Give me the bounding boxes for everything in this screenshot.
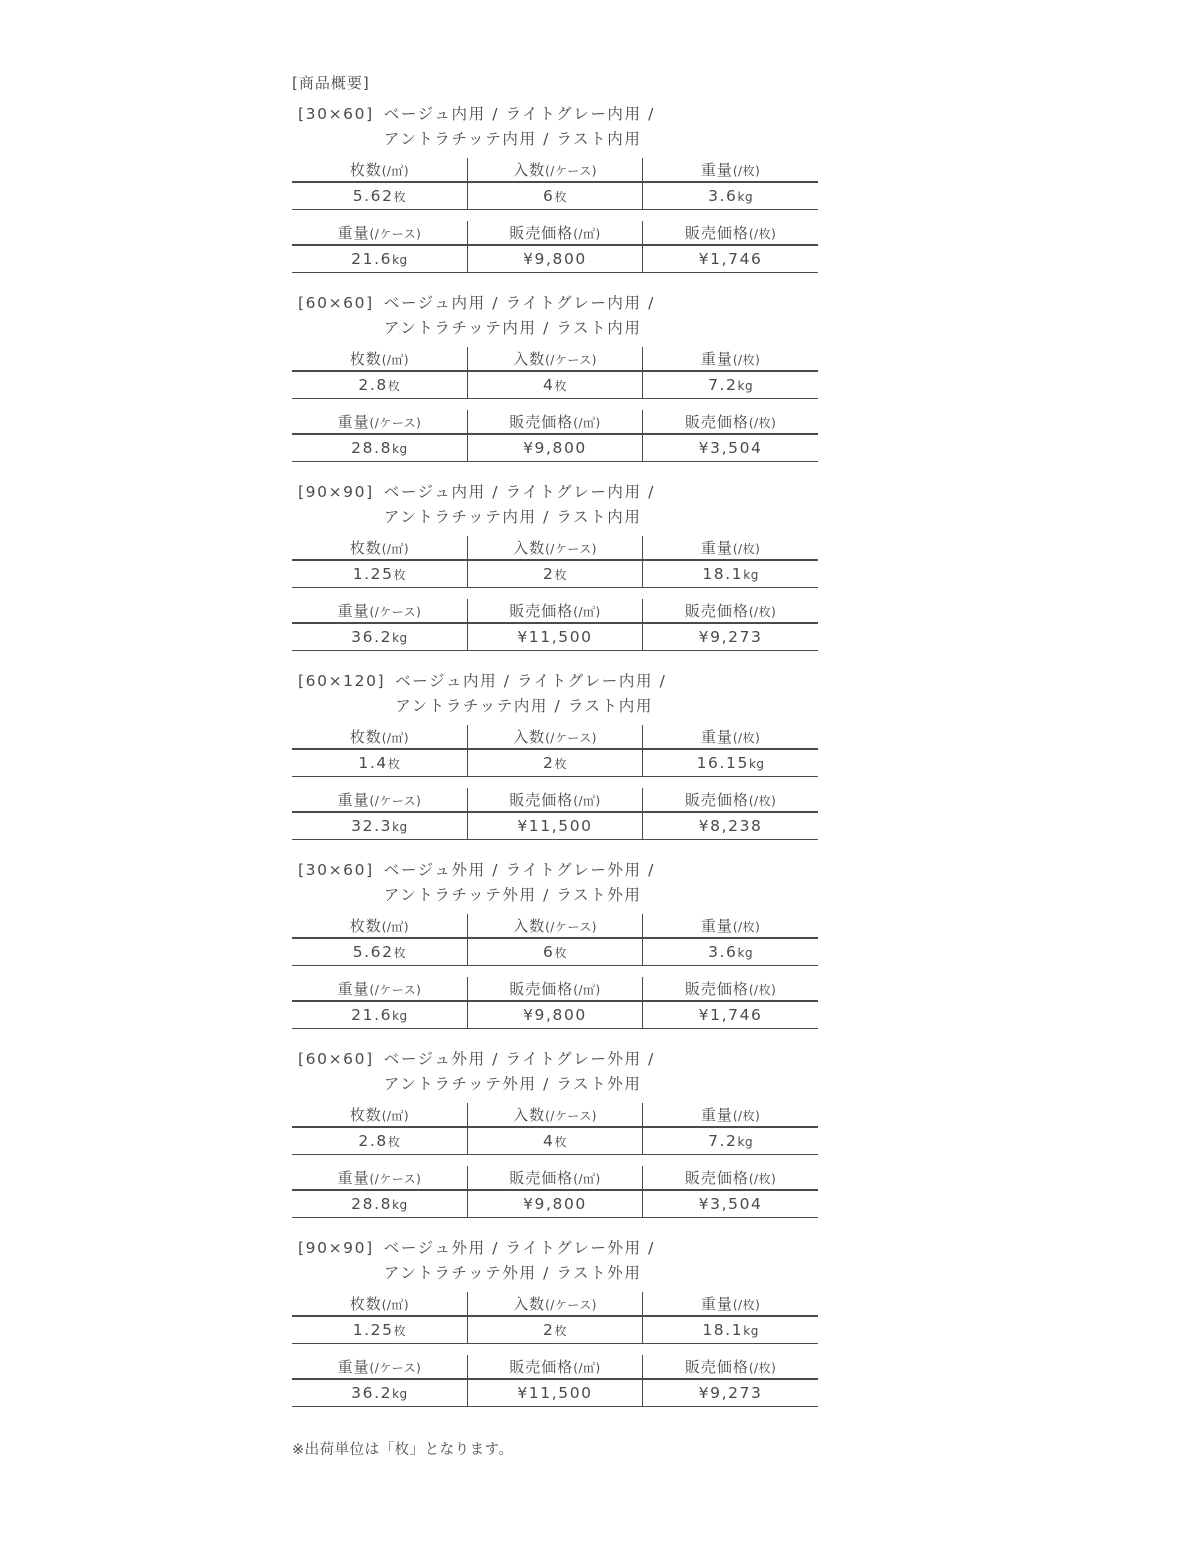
value-number: 6 bbox=[543, 187, 554, 205]
header-label: 入数 bbox=[513, 1295, 545, 1313]
header-label: 重量 bbox=[701, 728, 733, 746]
header-row: 重量(/ケース)販売価格(/㎡)販売価格(/枚) bbox=[292, 410, 818, 434]
value-cell: ¥3,504 bbox=[643, 1190, 818, 1218]
value-row: 2.8枚4枚7.2kg bbox=[292, 371, 818, 399]
header-label: 販売価格 bbox=[509, 602, 573, 620]
value-cell: ¥1,746 bbox=[643, 1001, 818, 1029]
header-label: 重量 bbox=[338, 791, 370, 809]
header-unit: (/ケース) bbox=[370, 983, 422, 997]
color-variants: ベージュ内用 / ライトグレー内用 / アントラチッテ内用 / ラスト内用 bbox=[395, 669, 666, 719]
header-unit: (/ケース) bbox=[545, 1298, 597, 1312]
product-section: [60×120] ベージュ内用 / ライトグレー内用 / アントラチッテ内用 /… bbox=[292, 669, 818, 858]
column-header: 重量(/ケース) bbox=[292, 599, 467, 623]
value-number: ¥3,504 bbox=[699, 439, 763, 457]
spec-table-2: 重量(/ケース)販売価格(/㎡)販売価格(/枚) 36.2kg¥11,500¥9… bbox=[292, 1355, 818, 1407]
header-unit: (/㎡) bbox=[382, 920, 409, 934]
column-header: 枚数(/㎡) bbox=[292, 536, 467, 560]
column-header: 入数(/ケース) bbox=[467, 1103, 642, 1127]
section-heading: [60×120] ベージュ内用 / ライトグレー内用 / アントラチッテ内用 /… bbox=[292, 669, 818, 719]
spec-table-2: 重量(/ケース)販売価格(/㎡)販売価格(/枚) 28.8kg¥9,800¥3,… bbox=[292, 410, 818, 462]
section-heading: [60×60] ベージュ外用 / ライトグレー外用 / アントラチッテ外用 / … bbox=[292, 1047, 818, 1097]
value-cell: 4枚 bbox=[467, 371, 642, 399]
value-cell: 7.2kg bbox=[643, 371, 818, 399]
value-cell: ¥9,800 bbox=[467, 1001, 642, 1029]
header-unit: (/枚) bbox=[749, 1172, 776, 1186]
header-row: 重量(/ケース)販売価格(/㎡)販売価格(/枚) bbox=[292, 788, 818, 812]
value-cell: 3.6kg bbox=[643, 182, 818, 210]
value-number: 7.2 bbox=[708, 376, 737, 394]
header-unit: (/㎡) bbox=[573, 794, 600, 808]
product-section: [60×60] ベージュ外用 / ライトグレー外用 / アントラチッテ外用 / … bbox=[292, 1047, 818, 1236]
product-overview: [商品概要] [30×60] ベージュ内用 / ライトグレー内用 / アントラチ… bbox=[292, 70, 818, 1459]
value-row: 21.6kg¥9,800¥1,746 bbox=[292, 245, 818, 273]
value-cell: 5.62枚 bbox=[292, 182, 467, 210]
header-row: 枚数(/㎡)入数(/ケース)重量(/枚) bbox=[292, 158, 818, 182]
spec-table-1: 枚数(/㎡)入数(/ケース)重量(/枚) 5.62枚6枚3.6kg bbox=[292, 158, 818, 210]
header-label: 重量 bbox=[338, 224, 370, 242]
section-heading: [30×60] ベージュ外用 / ライトグレー外用 / アントラチッテ外用 / … bbox=[292, 858, 818, 908]
value-unit: 枚 bbox=[554, 1135, 567, 1149]
column-header: 重量(/ケース) bbox=[292, 410, 467, 434]
spec-table-2: 重量(/ケース)販売価格(/㎡)販売価格(/枚) 28.8kg¥9,800¥3,… bbox=[292, 1166, 818, 1218]
value-number: ¥1,746 bbox=[699, 250, 763, 268]
header-unit: (/枚) bbox=[749, 416, 776, 430]
value-unit: 枚 bbox=[394, 1324, 407, 1338]
header-row: 重量(/ケース)販売価格(/㎡)販売価格(/枚) bbox=[292, 221, 818, 245]
product-section: [30×60] ベージュ内用 / ライトグレー内用 / アントラチッテ内用 / … bbox=[292, 102, 818, 291]
header-label: 販売価格 bbox=[685, 1169, 749, 1187]
value-number: 36.2 bbox=[351, 1384, 392, 1402]
product-section: [60×60] ベージュ内用 / ライトグレー内用 / アントラチッテ内用 / … bbox=[292, 291, 818, 480]
value-unit: kg bbox=[392, 1009, 408, 1023]
value-cell: ¥3,504 bbox=[643, 434, 818, 462]
value-unit: 枚 bbox=[554, 1324, 567, 1338]
header-unit: (/㎡) bbox=[382, 542, 409, 556]
tile-size: [60×120] bbox=[298, 669, 395, 719]
header-row: 重量(/ケース)販売価格(/㎡)販売価格(/枚) bbox=[292, 1166, 818, 1190]
header-label: 重量 bbox=[338, 1169, 370, 1187]
column-header: 販売価格(/枚) bbox=[643, 410, 818, 434]
tile-size: [90×90] bbox=[298, 1236, 384, 1286]
header-label: 入数 bbox=[513, 728, 545, 746]
value-number: 3.6 bbox=[708, 187, 737, 205]
header-row: 枚数(/㎡)入数(/ケース)重量(/枚) bbox=[292, 536, 818, 560]
spec-table-2: 重量(/ケース)販売価格(/㎡)販売価格(/枚) 21.6kg¥9,800¥1,… bbox=[292, 977, 818, 1029]
value-unit: kg bbox=[743, 568, 759, 582]
header-unit: (/㎡) bbox=[382, 1298, 409, 1312]
column-header: 入数(/ケース) bbox=[467, 725, 642, 749]
value-number: ¥11,500 bbox=[517, 817, 592, 835]
header-unit: (/㎡) bbox=[382, 164, 409, 178]
value-cell: 36.2kg bbox=[292, 1379, 467, 1407]
value-cell: ¥9,800 bbox=[467, 434, 642, 462]
value-number: ¥9,800 bbox=[523, 1195, 587, 1213]
header-label: 入数 bbox=[513, 1106, 545, 1124]
value-unit: kg bbox=[743, 1324, 759, 1338]
tile-size: [90×90] bbox=[298, 480, 384, 530]
value-row: 32.3kg¥11,500¥8,238 bbox=[292, 812, 818, 840]
value-number: 3.6 bbox=[708, 943, 737, 961]
value-number: ¥3,504 bbox=[699, 1195, 763, 1213]
header-label: 枚数 bbox=[350, 728, 382, 746]
header-unit: (/ケース) bbox=[545, 920, 597, 934]
header-unit: (/ケース) bbox=[545, 731, 597, 745]
value-row: 28.8kg¥9,800¥3,504 bbox=[292, 434, 818, 462]
value-cell: 21.6kg bbox=[292, 245, 467, 273]
value-number: ¥8,238 bbox=[699, 817, 763, 835]
value-number: 2 bbox=[543, 754, 554, 772]
color-variants: ベージュ外用 / ライトグレー外用 / アントラチッテ外用 / ラスト外用 bbox=[384, 1236, 655, 1286]
color-variants: ベージュ内用 / ライトグレー内用 / アントラチッテ内用 / ラスト内用 bbox=[384, 480, 655, 530]
value-row: 1.25枚2枚18.1kg bbox=[292, 560, 818, 588]
value-cell: 28.8kg bbox=[292, 1190, 467, 1218]
column-header: 重量(/ケース) bbox=[292, 1166, 467, 1190]
value-unit: 枚 bbox=[394, 568, 407, 582]
value-number: ¥9,800 bbox=[523, 250, 587, 268]
value-cell: 18.1kg bbox=[643, 1316, 818, 1344]
spec-table-1: 枚数(/㎡)入数(/ケース)重量(/枚) 2.8枚4枚7.2kg bbox=[292, 347, 818, 399]
header-label: 販売価格 bbox=[685, 980, 749, 998]
header-unit: (/ケース) bbox=[370, 605, 422, 619]
column-header: 販売価格(/枚) bbox=[643, 599, 818, 623]
header-row: 枚数(/㎡)入数(/ケース)重量(/枚) bbox=[292, 347, 818, 371]
header-label: 入数 bbox=[513, 539, 545, 557]
value-number: 28.8 bbox=[351, 1195, 392, 1213]
section-heading: [30×60] ベージュ内用 / ライトグレー内用 / アントラチッテ内用 / … bbox=[292, 102, 818, 152]
header-label: 枚数 bbox=[350, 539, 382, 557]
header-label: 販売価格 bbox=[685, 602, 749, 620]
value-cell: ¥11,500 bbox=[467, 623, 642, 651]
value-number: 1.25 bbox=[353, 1321, 394, 1339]
header-label: 重量 bbox=[701, 539, 733, 557]
value-cell: ¥11,500 bbox=[467, 812, 642, 840]
value-number: 6 bbox=[543, 943, 554, 961]
value-cell: 4枚 bbox=[467, 1127, 642, 1155]
spec-table-2: 重量(/ケース)販売価格(/㎡)販売価格(/枚) 21.6kg¥9,800¥1,… bbox=[292, 221, 818, 273]
column-header: 枚数(/㎡) bbox=[292, 914, 467, 938]
value-number: 2.8 bbox=[358, 376, 387, 394]
header-label: 枚数 bbox=[350, 350, 382, 368]
section-heading: [90×90] ベージュ外用 / ライトグレー外用 / アントラチッテ外用 / … bbox=[292, 1236, 818, 1286]
value-number: ¥1,746 bbox=[699, 1006, 763, 1024]
header-label: 販売価格 bbox=[509, 791, 573, 809]
header-unit: (/ケース) bbox=[545, 353, 597, 367]
column-header: 販売価格(/枚) bbox=[643, 221, 818, 245]
header-label: 重量 bbox=[338, 602, 370, 620]
value-cell: 7.2kg bbox=[643, 1127, 818, 1155]
value-number: 32.3 bbox=[351, 817, 392, 835]
product-section: [90×90] ベージュ外用 / ライトグレー外用 / アントラチッテ外用 / … bbox=[292, 1236, 818, 1425]
value-number: ¥11,500 bbox=[517, 1384, 592, 1402]
value-number: 21.6 bbox=[351, 1006, 392, 1024]
column-header: 販売価格(/㎡) bbox=[467, 221, 642, 245]
value-number: ¥9,273 bbox=[699, 628, 763, 646]
header-unit: (/㎡) bbox=[573, 605, 600, 619]
spec-table-2: 重量(/ケース)販売価格(/㎡)販売価格(/枚) 32.3kg¥11,500¥8… bbox=[292, 788, 818, 840]
header-label: 重量 bbox=[338, 413, 370, 431]
value-cell: 6枚 bbox=[467, 938, 642, 966]
value-unit: 枚 bbox=[394, 190, 407, 204]
value-unit: kg bbox=[392, 253, 408, 267]
header-label: 入数 bbox=[513, 350, 545, 368]
header-label: 販売価格 bbox=[509, 980, 573, 998]
column-header: 枚数(/㎡) bbox=[292, 1103, 467, 1127]
column-header: 重量(/枚) bbox=[643, 725, 818, 749]
value-row: 1.25枚2枚18.1kg bbox=[292, 1316, 818, 1344]
header-unit: (/ケース) bbox=[370, 416, 422, 430]
section-heading: [90×90] ベージュ内用 / ライトグレー内用 / アントラチッテ内用 / … bbox=[292, 480, 818, 530]
header-label: 重量 bbox=[701, 1295, 733, 1313]
header-unit: (/㎡) bbox=[573, 1172, 600, 1186]
value-cell: ¥9,800 bbox=[467, 1190, 642, 1218]
header-unit: (/ケース) bbox=[370, 227, 422, 241]
header-unit: (/枚) bbox=[733, 164, 760, 178]
value-number: 1.25 bbox=[353, 565, 394, 583]
tile-size: [30×60] bbox=[298, 102, 384, 152]
header-unit: (/枚) bbox=[749, 1361, 776, 1375]
variants-line-1: ベージュ内用 / ライトグレー内用 / bbox=[384, 294, 655, 312]
value-unit: 枚 bbox=[394, 946, 407, 960]
column-header: 重量(/ケース) bbox=[292, 1355, 467, 1379]
variants-line-2: アントラチッテ内用 / ラスト内用 bbox=[384, 130, 642, 148]
value-cell: ¥9,273 bbox=[643, 623, 818, 651]
header-label: 販売価格 bbox=[685, 224, 749, 242]
header-unit: (/ケース) bbox=[370, 1172, 422, 1186]
header-unit: (/枚) bbox=[733, 1109, 760, 1123]
header-row: 枚数(/㎡)入数(/ケース)重量(/枚) bbox=[292, 1103, 818, 1127]
variants-line-1: ベージュ内用 / ライトグレー内用 / bbox=[384, 483, 655, 501]
header-unit: (/枚) bbox=[733, 731, 760, 745]
header-label: 枚数 bbox=[350, 161, 382, 179]
column-header: 重量(/ケース) bbox=[292, 221, 467, 245]
header-label: 枚数 bbox=[350, 1295, 382, 1313]
column-header: 枚数(/㎡) bbox=[292, 158, 467, 182]
header-unit: (/㎡) bbox=[573, 983, 600, 997]
value-unit: 枚 bbox=[554, 379, 567, 393]
header-row: 重量(/ケース)販売価格(/㎡)販売価格(/枚) bbox=[292, 1355, 818, 1379]
value-row: 21.6kg¥9,800¥1,746 bbox=[292, 1001, 818, 1029]
header-unit: (/枚) bbox=[733, 353, 760, 367]
column-header: 枚数(/㎡) bbox=[292, 725, 467, 749]
header-row: 枚数(/㎡)入数(/ケース)重量(/枚) bbox=[292, 725, 818, 749]
value-unit: 枚 bbox=[554, 946, 567, 960]
header-label: 販売価格 bbox=[685, 1358, 749, 1376]
value-number: ¥9,273 bbox=[699, 1384, 763, 1402]
section-heading: [60×60] ベージュ内用 / ライトグレー内用 / アントラチッテ内用 / … bbox=[292, 291, 818, 341]
column-header: 重量(/枚) bbox=[643, 1292, 818, 1316]
value-cell: 2枚 bbox=[467, 749, 642, 777]
header-unit: (/㎡) bbox=[382, 731, 409, 745]
column-header: 販売価格(/㎡) bbox=[467, 977, 642, 1001]
value-row: 2.8枚4枚7.2kg bbox=[292, 1127, 818, 1155]
overview-title: [商品概要] bbox=[292, 70, 818, 96]
variants-line-2: アントラチッテ内用 / ラスト内用 bbox=[384, 319, 642, 337]
product-section: [90×90] ベージュ内用 / ライトグレー内用 / アントラチッテ内用 / … bbox=[292, 480, 818, 669]
column-header: 販売価格(/枚) bbox=[643, 977, 818, 1001]
column-header: 販売価格(/㎡) bbox=[467, 1355, 642, 1379]
header-unit: (/㎡) bbox=[573, 416, 600, 430]
value-cell: 28.8kg bbox=[292, 434, 467, 462]
value-cell: 1.25枚 bbox=[292, 1316, 467, 1344]
color-variants: ベージュ外用 / ライトグレー外用 / アントラチッテ外用 / ラスト外用 bbox=[384, 1047, 655, 1097]
spec-table-1: 枚数(/㎡)入数(/ケース)重量(/枚) 5.62枚6枚3.6kg bbox=[292, 914, 818, 966]
value-number: 7.2 bbox=[708, 1132, 737, 1150]
header-label: 販売価格 bbox=[685, 413, 749, 431]
value-unit: kg bbox=[392, 1198, 408, 1212]
color-variants: ベージュ外用 / ライトグレー外用 / アントラチッテ外用 / ラスト外用 bbox=[384, 858, 655, 908]
value-cell: ¥11,500 bbox=[467, 1379, 642, 1407]
value-unit: kg bbox=[392, 442, 408, 456]
variants-line-2: アントラチッテ外用 / ラスト外用 bbox=[384, 1264, 642, 1282]
value-number: 5.62 bbox=[353, 943, 394, 961]
header-unit: (/ケース) bbox=[545, 1109, 597, 1123]
tile-size: [60×60] bbox=[298, 1047, 384, 1097]
header-row: 枚数(/㎡)入数(/ケース)重量(/枚) bbox=[292, 1292, 818, 1316]
value-number: ¥9,800 bbox=[523, 1006, 587, 1024]
value-row: 5.62枚6枚3.6kg bbox=[292, 938, 818, 966]
product-section: [30×60] ベージュ外用 / ライトグレー外用 / アントラチッテ外用 / … bbox=[292, 858, 818, 1047]
column-header: 重量(/枚) bbox=[643, 158, 818, 182]
value-number: 36.2 bbox=[351, 628, 392, 646]
column-header: 重量(/ケース) bbox=[292, 977, 467, 1001]
column-header: 販売価格(/枚) bbox=[643, 1166, 818, 1190]
spec-table-2: 重量(/ケース)販売価格(/㎡)販売価格(/枚) 36.2kg¥11,500¥9… bbox=[292, 599, 818, 651]
header-label: 重量 bbox=[338, 980, 370, 998]
header-unit: (/ケース) bbox=[545, 542, 597, 556]
value-number: 2.8 bbox=[358, 1132, 387, 1150]
column-header: 入数(/ケース) bbox=[467, 1292, 642, 1316]
value-unit: kg bbox=[738, 946, 754, 960]
value-unit: kg bbox=[738, 1135, 754, 1149]
column-header: 販売価格(/㎡) bbox=[467, 1166, 642, 1190]
column-header: 重量(/枚) bbox=[643, 347, 818, 371]
column-header: 販売価格(/㎡) bbox=[467, 599, 642, 623]
header-label: 重量 bbox=[701, 350, 733, 368]
header-label: 入数 bbox=[513, 917, 545, 935]
header-unit: (/ケース) bbox=[370, 794, 422, 808]
value-unit: 枚 bbox=[388, 757, 401, 771]
value-unit: kg bbox=[392, 1387, 408, 1401]
column-header: 販売価格(/㎡) bbox=[467, 410, 642, 434]
column-header: 重量(/枚) bbox=[643, 914, 818, 938]
header-label: 枚数 bbox=[350, 1106, 382, 1124]
value-unit: kg bbox=[392, 631, 408, 645]
value-number: 2 bbox=[543, 565, 554, 583]
header-label: 販売価格 bbox=[509, 224, 573, 242]
header-unit: (/ケース) bbox=[545, 164, 597, 178]
value-number: 1.4 bbox=[358, 754, 387, 772]
value-row: 28.8kg¥9,800¥3,504 bbox=[292, 1190, 818, 1218]
value-cell: 2.8枚 bbox=[292, 1127, 467, 1155]
header-unit: (/㎡) bbox=[382, 1109, 409, 1123]
value-unit: 枚 bbox=[554, 568, 567, 582]
value-cell: 18.1kg bbox=[643, 560, 818, 588]
header-label: 販売価格 bbox=[509, 1169, 573, 1187]
column-header: 重量(/枚) bbox=[643, 1103, 818, 1127]
spec-table-1: 枚数(/㎡)入数(/ケース)重量(/枚) 1.25枚2枚18.1kg bbox=[292, 1292, 818, 1344]
value-cell: 1.25枚 bbox=[292, 560, 467, 588]
value-cell: 6枚 bbox=[467, 182, 642, 210]
variants-line-1: ベージュ内用 / ライトグレー内用 / bbox=[384, 105, 655, 123]
header-label: 重量 bbox=[701, 917, 733, 935]
value-cell: 2枚 bbox=[467, 560, 642, 588]
header-label: 販売価格 bbox=[509, 1358, 573, 1376]
column-header: 入数(/ケース) bbox=[467, 914, 642, 938]
variants-line-2: アントラチッテ内用 / ラスト内用 bbox=[384, 508, 642, 526]
variants-line-1: ベージュ外用 / ライトグレー外用 / bbox=[384, 1239, 655, 1257]
tile-size: [60×60] bbox=[298, 291, 384, 341]
value-cell: 5.62枚 bbox=[292, 938, 467, 966]
value-cell: 36.2kg bbox=[292, 623, 467, 651]
spec-table-1: 枚数(/㎡)入数(/ケース)重量(/枚) 2.8枚4枚7.2kg bbox=[292, 1103, 818, 1155]
value-cell: 2.8枚 bbox=[292, 371, 467, 399]
header-label: 枚数 bbox=[350, 917, 382, 935]
column-header: 入数(/ケース) bbox=[467, 158, 642, 182]
column-header: 販売価格(/枚) bbox=[643, 788, 818, 812]
value-number: 18.1 bbox=[702, 565, 743, 583]
value-number: 4 bbox=[543, 1132, 554, 1150]
value-cell: ¥9,800 bbox=[467, 245, 642, 273]
value-cell: 3.6kg bbox=[643, 938, 818, 966]
value-unit: 枚 bbox=[554, 757, 567, 771]
value-unit: 枚 bbox=[388, 1135, 401, 1149]
color-variants: ベージュ内用 / ライトグレー内用 / アントラチッテ内用 / ラスト内用 bbox=[384, 102, 655, 152]
value-number: 16.15 bbox=[697, 754, 749, 772]
value-cell: 2枚 bbox=[467, 1316, 642, 1344]
variants-line-2: アントラチッテ外用 / ラスト外用 bbox=[384, 886, 642, 904]
value-number: ¥11,500 bbox=[517, 628, 592, 646]
value-cell: ¥8,238 bbox=[643, 812, 818, 840]
value-cell: 16.15kg bbox=[643, 749, 818, 777]
header-label: 重量 bbox=[338, 1358, 370, 1376]
header-unit: (/枚) bbox=[749, 227, 776, 241]
header-unit: (/枚) bbox=[749, 794, 776, 808]
column-header: 入数(/ケース) bbox=[467, 536, 642, 560]
header-unit: (/枚) bbox=[749, 605, 776, 619]
value-cell: ¥1,746 bbox=[643, 245, 818, 273]
variants-line-1: ベージュ内用 / ライトグレー内用 / bbox=[395, 672, 666, 690]
header-unit: (/枚) bbox=[733, 920, 760, 934]
value-unit: 枚 bbox=[554, 190, 567, 204]
value-number: 2 bbox=[543, 1321, 554, 1339]
value-cell: 1.4枚 bbox=[292, 749, 467, 777]
header-label: 販売価格 bbox=[685, 791, 749, 809]
column-header: 販売価格(/枚) bbox=[643, 1355, 818, 1379]
value-cell: 32.3kg bbox=[292, 812, 467, 840]
value-number: ¥9,800 bbox=[523, 439, 587, 457]
variants-line-1: ベージュ外用 / ライトグレー外用 / bbox=[384, 861, 655, 879]
tile-size: [30×60] bbox=[298, 858, 384, 908]
column-header: 枚数(/㎡) bbox=[292, 347, 467, 371]
header-unit: (/㎡) bbox=[573, 1361, 600, 1375]
header-unit: (/㎡) bbox=[573, 227, 600, 241]
header-label: 入数 bbox=[513, 161, 545, 179]
value-number: 28.8 bbox=[351, 439, 392, 457]
header-unit: (/ケース) bbox=[370, 1361, 422, 1375]
column-header: 入数(/ケース) bbox=[467, 347, 642, 371]
shipping-note: ※出荷単位は「枚」となります。 bbox=[292, 1438, 818, 1459]
variants-line-1: ベージュ外用 / ライトグレー外用 / bbox=[384, 1050, 655, 1068]
variants-line-2: アントラチッテ内用 / ラスト内用 bbox=[395, 697, 653, 715]
header-unit: (/㎡) bbox=[382, 353, 409, 367]
column-header: 重量(/枚) bbox=[643, 536, 818, 560]
header-row: 重量(/ケース)販売価格(/㎡)販売価格(/枚) bbox=[292, 599, 818, 623]
sections-list: [30×60] ベージュ内用 / ライトグレー内用 / アントラチッテ内用 / … bbox=[292, 102, 818, 1425]
header-label: 重量 bbox=[701, 161, 733, 179]
value-cell: 21.6kg bbox=[292, 1001, 467, 1029]
column-header: 販売価格(/㎡) bbox=[467, 788, 642, 812]
column-header: 枚数(/㎡) bbox=[292, 1292, 467, 1316]
